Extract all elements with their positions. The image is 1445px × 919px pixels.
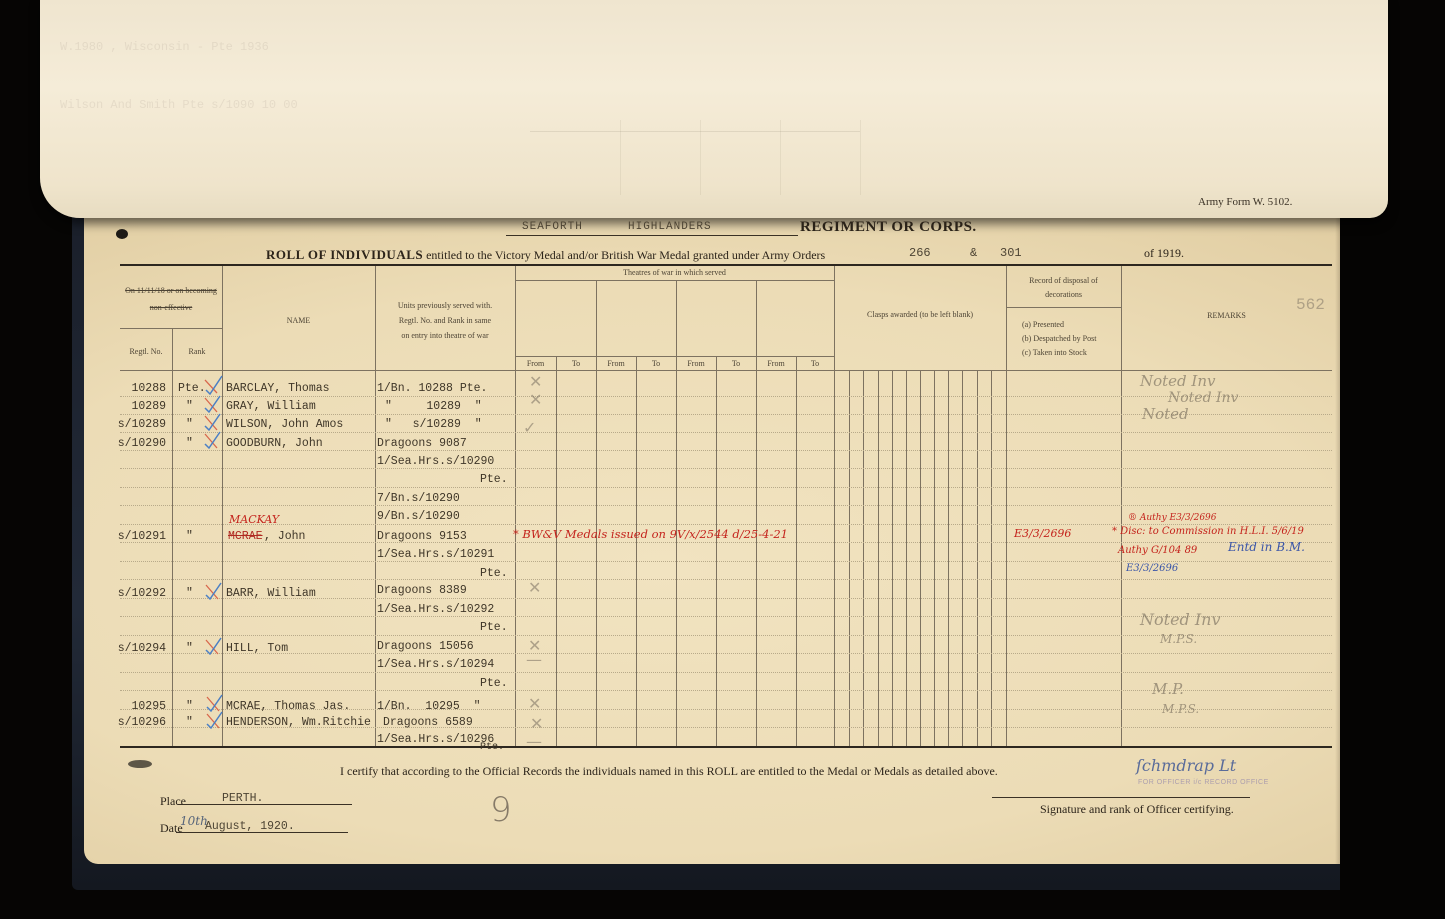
grid-line <box>676 280 677 746</box>
roll-title-bold: ROLL OF INDIVIDUALS <box>266 247 423 262</box>
regtl-no: s/10291 <box>100 530 166 543</box>
rank: " <box>186 700 193 713</box>
header-from: From <box>515 356 556 371</box>
soldier-name: BARR, William <box>226 587 316 600</box>
pencil-x-icon: ✕ <box>528 578 541 597</box>
regiment-name: HIGHLANDERS <box>628 221 712 233</box>
order-year: of 1919. <box>1144 246 1184 261</box>
pencil-dash-icon: — <box>526 650 542 669</box>
grid-line <box>1121 266 1122 746</box>
regtl-no: s/10296 <box>100 716 166 729</box>
header-units-2: Regtl. No. and Rank in same <box>375 313 515 328</box>
header-non-effective-2: non-effective <box>120 300 222 315</box>
header-to: To <box>556 356 596 371</box>
remark-blue-reference: E3/3/2696 <box>1126 563 1178 574</box>
soldier-name: HENDERSON, Wm.Ritchie <box>226 716 371 729</box>
header-clasps: Clasps awarded (to be left blank) <box>834 307 1006 322</box>
soldier-name: WILSON, John Amos <box>226 418 343 431</box>
grid-line <box>172 328 173 746</box>
header-rank: Rank <box>172 344 222 359</box>
regtl-no: 10289 <box>120 400 166 413</box>
row-line <box>120 487 1332 488</box>
grid-line <box>596 280 597 746</box>
grid-line <box>515 266 516 746</box>
regtl-no: s/10290 <box>100 437 166 450</box>
regtl-no: s/10292 <box>100 587 166 600</box>
row-line <box>120 579 1332 580</box>
pencil-remark: M.P. <box>1152 680 1184 698</box>
place-underline <box>178 804 352 805</box>
rank: " <box>186 530 193 543</box>
form-content: SEAFORTH HIGHLANDERS REGIMENT OR CORPS. … <box>0 0 1445 919</box>
check-mark-icon <box>202 374 224 396</box>
unit-line: 7/Bn.s/10290 <box>377 492 460 505</box>
soldier-name: BARCLAY, Thomas <box>226 382 330 395</box>
grid-line <box>1006 266 1007 746</box>
regtl-no: 10295 <box>120 700 166 713</box>
row-line <box>120 653 1332 654</box>
header-from: From <box>756 356 796 371</box>
header-text: non-effective <box>150 303 193 312</box>
remark-authority-g: Authy G/104 89 <box>1118 545 1197 556</box>
header-regtl-no: Regtl. No. <box>120 344 172 359</box>
regtl-no: s/10289 <box>100 418 166 431</box>
rank: " <box>186 716 193 729</box>
medals-issued-note: * BW&V Medals issued on 9V/x/2544 d/25-4… <box>513 527 788 541</box>
unit-line: 9/Bn.s/10290 <box>377 510 460 523</box>
roll-title: ROLL OF INDIVIDUALS entitled to the Vict… <box>266 247 825 263</box>
name-correction: MACKAY <box>229 513 279 526</box>
place-value: PERTH. <box>222 792 263 805</box>
row-line <box>120 396 1332 397</box>
unit-line: 1/Bn. 10295 " <box>377 700 481 713</box>
header-disposal-2: decorations <box>1006 287 1121 302</box>
pencil-remark: Noted Inv <box>1168 390 1238 406</box>
soldier-name: GRAY, William <box>226 400 316 413</box>
unit-line: Pte. <box>480 567 508 580</box>
pencil-remark: Noted <box>1142 405 1189 423</box>
check-mark-icon <box>203 636 225 658</box>
header-non-effective: On 11/11/18 or on becoming <box>120 283 222 298</box>
date-value: August, 1920. <box>205 820 295 833</box>
pencil-remark: M.P.S. <box>1160 632 1197 646</box>
check-mark-icon <box>202 430 224 452</box>
header-disposal-b: (b) Despatched by Post <box>1022 331 1096 346</box>
army-order-ampersand: & <box>970 246 977 260</box>
unit-line: 1/Sea.Hrs.s/10292 <box>377 603 494 616</box>
remark-entered-bm: Entd in B.M. <box>1228 540 1305 554</box>
row-line <box>120 672 1332 673</box>
officer-signature: ſchmdrap Lt <box>1136 756 1236 775</box>
disposal-reference: E3/3/2696 <box>1014 527 1071 540</box>
signature-underline <box>992 797 1250 798</box>
page-number: 9 <box>490 790 512 830</box>
grid-line <box>222 266 223 746</box>
signature-label: Signature and rank of Officer certifying… <box>1040 802 1234 817</box>
header-from: From <box>596 356 636 371</box>
place-label: Place <box>160 794 186 809</box>
army-order-1: 266 <box>909 246 931 260</box>
unit-line: 1/Sea.Hrs.s/10294 <box>377 658 494 671</box>
unit-line: Dragoons 6589 <box>383 716 473 729</box>
unit-line: Pte. <box>480 677 508 690</box>
grid-line <box>1006 307 1121 308</box>
pencil-check-icon: ✓ <box>523 418 536 437</box>
header-text: On 11/11/18 or on becoming <box>125 286 217 295</box>
certification-statement: I certify that according to the Official… <box>340 764 998 779</box>
pencil-x-icon: ✕ <box>528 694 541 713</box>
remark-authority: ® Authy E3/3/2696 <box>1128 513 1217 523</box>
pencil-x-icon: ✕ <box>529 390 542 409</box>
row-line <box>120 690 1332 691</box>
army-order-2: 301 <box>1000 246 1022 260</box>
pencil-remark: Noted Inv <box>1140 610 1221 629</box>
row-line <box>120 450 1332 451</box>
row-line <box>120 635 1332 636</box>
rank: " <box>186 437 193 450</box>
unit-line: 1/Bn. 10288 Pte. <box>377 382 487 395</box>
roll-title-rest: entitled to the Victory Medal and/or Bri… <box>423 248 825 262</box>
row-line <box>120 432 1332 433</box>
header-units-1: Units previously served with. <box>375 298 515 313</box>
rank: " <box>186 418 193 431</box>
unit-line: " s/10289 " <box>385 418 482 431</box>
rank: " <box>186 642 193 655</box>
regtl-no: 10288 <box>120 382 166 395</box>
grid-line <box>120 328 222 329</box>
soldier-name: MCRAE, Thomas Jas. <box>226 700 350 713</box>
header-units-3: on entry into theatre of war <box>375 328 515 343</box>
header-disposal-c: (c) Taken into Stock <box>1022 345 1087 360</box>
pencil-x-icon: ✕ <box>530 714 543 733</box>
pencil-x-icon: ✕ <box>529 372 542 391</box>
regiment-label: REGIMENT OR CORPS. <box>800 219 977 236</box>
unit-line: " 10289 " <box>385 400 482 413</box>
pencil-dash-icon: — <box>526 732 542 751</box>
header-disposal-a: (a) Presented <box>1022 317 1064 332</box>
unit-line: Pte. <box>480 621 508 634</box>
struck-name: MCRAE <box>228 530 263 543</box>
grid-line <box>756 280 757 746</box>
pencil-remark: Noted Inv <box>1140 372 1216 390</box>
row-line <box>120 524 1332 525</box>
regtl-no: s/10294 <box>100 642 166 655</box>
header-to: To <box>636 356 676 371</box>
rank: " <box>186 400 193 413</box>
header-theatres: Theatres of war in which served <box>515 265 834 280</box>
record-office-stamp: FOR OFFICER i/c RECORD OFFICE <box>1138 779 1269 786</box>
check-mark-icon <box>204 710 226 732</box>
soldier-name: GOODBURN, John <box>226 437 323 450</box>
unit-line: Dragoons 15056 <box>377 640 474 653</box>
regiment-name: SEAFORTH <box>522 221 583 233</box>
page-stamp-number: 562 <box>1296 296 1325 314</box>
row-line <box>120 561 1332 562</box>
date-day: 10th <box>180 814 208 828</box>
header-to: To <box>796 356 834 371</box>
row-line <box>120 468 1332 469</box>
row-line <box>120 505 1332 506</box>
unit-line: 1/Sea.Hrs.s/10296 <box>377 733 494 746</box>
unit-line: Dragoons 9153 <box>377 530 467 543</box>
unit-line: Dragoons 8389 <box>377 584 467 597</box>
unit-line: Dragoons 9087 <box>377 437 467 450</box>
check-mark-icon <box>203 581 225 603</box>
rank: " <box>186 587 193 600</box>
header-from: From <box>676 356 716 371</box>
table-bottom-rule <box>120 746 1332 748</box>
grid-line <box>834 266 835 746</box>
unit-line: Pte. <box>480 473 508 486</box>
pencil-remark: M.P.S. <box>1162 702 1199 716</box>
unit-line: Pte. <box>480 742 504 753</box>
header-disposal-1: Record of disposal of <box>1006 273 1121 288</box>
header-name: NAME <box>222 313 375 328</box>
unit-line: 1/Sea.Hrs.s/10290 <box>377 455 494 468</box>
soldier-name: HILL, Tom <box>226 642 288 655</box>
soldier-name: , John <box>264 530 305 543</box>
unit-line: 1/Sea.Hrs.s/10291 <box>377 548 494 561</box>
header-to: To <box>716 356 756 371</box>
remark-discharge: * Disc: to Commission in H.L.I. 5/6/19 <box>1112 526 1304 537</box>
